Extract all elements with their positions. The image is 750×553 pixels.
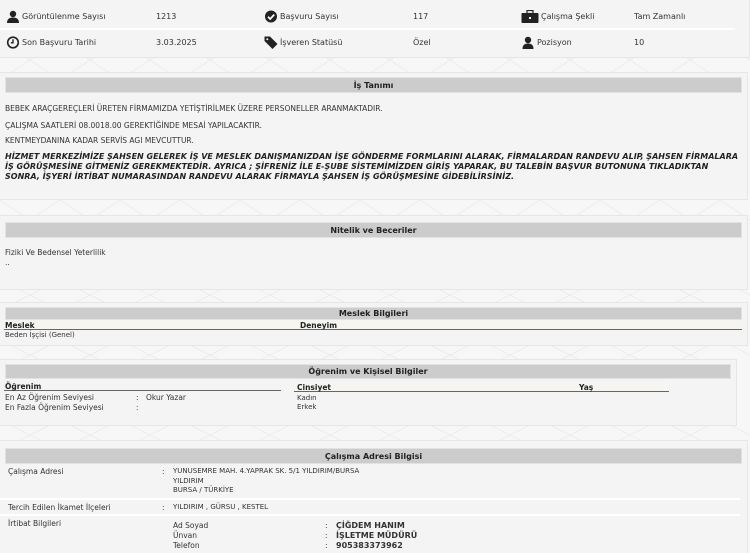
description-line: BEBEK ARAÇGEREÇLERİ ÜRETEN FİRMAMIZDA YE… [5,104,383,113]
section-title: Nitelik ve Beceriler [5,222,742,238]
employer-status-label: İşveren Statüsü [264,30,342,54]
description-line: ÇALIŞMA SAATLERİ 08.0018.00 GEREKTİĞİNDE… [5,121,262,130]
user-icon [6,10,20,23]
separator: : [136,393,139,402]
skill-item: .. [5,258,10,267]
work-address-label: Çalışma Adresi [8,467,63,476]
application-notice: HİZMET MERKEZİMİZE ŞAHSEN GELEREK İŞ VE … [5,152,743,182]
personal-header: Cinsiyet Yaş [294,383,669,392]
briefcase-icon [521,10,539,23]
education-header: Öğrenim [4,382,281,391]
deadline-label: Son Başvuru Tarihi [6,30,96,54]
work-address-line: BURSA / TÜRKİYE [173,486,234,494]
positions-value: 10 [634,30,644,54]
separator: : [136,403,139,412]
section-title: İş Tanımı [5,77,742,93]
column-header-experience: Deneyim [300,321,337,330]
employer-status-value: Özel [413,30,431,54]
separator: : [162,467,165,476]
column-header-education: Öğrenim [5,382,41,391]
contact-phone-label: Telefon [173,541,200,550]
contact-title-label: Ünvan [173,531,197,540]
section-title: Öğrenim ve Kişisel Bilgiler [5,364,731,379]
min-education-value: Okur Yazar [146,393,186,402]
applications-value: 117 [413,4,428,28]
work-address-line: YUNUSEMRE MAH. 4.YAPRAK SK. 5/1 YILDIRIM… [173,467,359,475]
work-type-value: Tam Zamanlı [634,4,685,28]
education-panel: Öğrenim ve Kişisel Bilgiler Öğrenim Cins… [0,359,737,426]
occupation-name: Beden İşçisi (Genel) [5,331,75,339]
tag-icon [264,36,278,49]
clock-icon [6,36,20,49]
column-header-gender: Cinsiyet [297,383,331,392]
section-title: Çalışma Adresi Bilgisi [5,448,742,464]
positions-label: Pozisyon [521,30,572,54]
description-line: KENTMEYDANINA KADAR SERVİS AGI MEVCUTTUR… [5,136,194,145]
check-circle-icon [264,10,278,23]
applications-label: Başvuru Sayısı [264,4,339,28]
job-summary-panel: Görüntülenme Sayısı 1213 Başvuru Sayısı … [0,0,750,58]
address-panel: Çalışma Adresi Bilgisi Çalışma Adresi : … [0,440,748,553]
gender-item: Kadın [297,394,317,402]
deadline-value: 3.03.2025 [156,30,197,54]
districts-label: Tercih Edilen İkamet İlçeleri [8,503,111,512]
separator: : [162,503,165,512]
row-divider [0,514,740,516]
separator: : [325,521,328,530]
views-value: 1213 [156,4,176,28]
section-title: Meslek Bilgileri [5,307,742,320]
views-label: Görüntülenme Sayısı [6,4,106,28]
min-education-label: En Az Öğrenim Seviyesi [5,393,94,402]
max-education-label: En Fazla Öğrenim Seviyesi [5,403,104,412]
summary-row: Son Başvuru Tarihi 3.03.2025 İşveren Sta… [0,30,740,54]
occupation-table-header: Meslek Deneyim [4,321,742,330]
occupation-panel: Meslek Bilgileri Meslek Deneyim Beden İş… [0,302,748,346]
contact-name-value: ÇİĞDEM HANIM [336,521,405,530]
summary-row: Görüntülenme Sayısı 1213 Başvuru Sayısı … [0,4,740,28]
column-header-age: Yaş [579,383,593,392]
separator: : [325,541,328,550]
contact-phone-value[interactable]: 905383373962 [336,541,403,550]
row-divider [0,498,740,500]
contact-title-value: İŞLETME MÜDÜRÜ [336,531,417,540]
work-address-line: YILDIRIM [173,477,204,485]
contact-name-label: Ad Soyad [173,521,208,530]
skills-panel: Nitelik ve Beceriler Fiziki Ve Bedensel … [0,215,748,290]
contact-label: İrtibat Bilgileri [8,519,61,528]
work-type-label: Çalışma Şekli [521,4,594,28]
districts-value: YILDIRIM , GÜRSU , KESTEL [173,503,268,511]
job-description-panel: İş Tanımı BEBEK ARAÇGEREÇLERİ ÜRETEN FİR… [0,72,748,200]
skill-item: Fiziki Ve Bedensel Yeterlilik [5,248,106,257]
column-header-occupation: Meslek [5,321,35,330]
gender-item: Erkek [297,403,316,411]
separator: : [325,531,328,540]
user-icon [521,36,535,49]
